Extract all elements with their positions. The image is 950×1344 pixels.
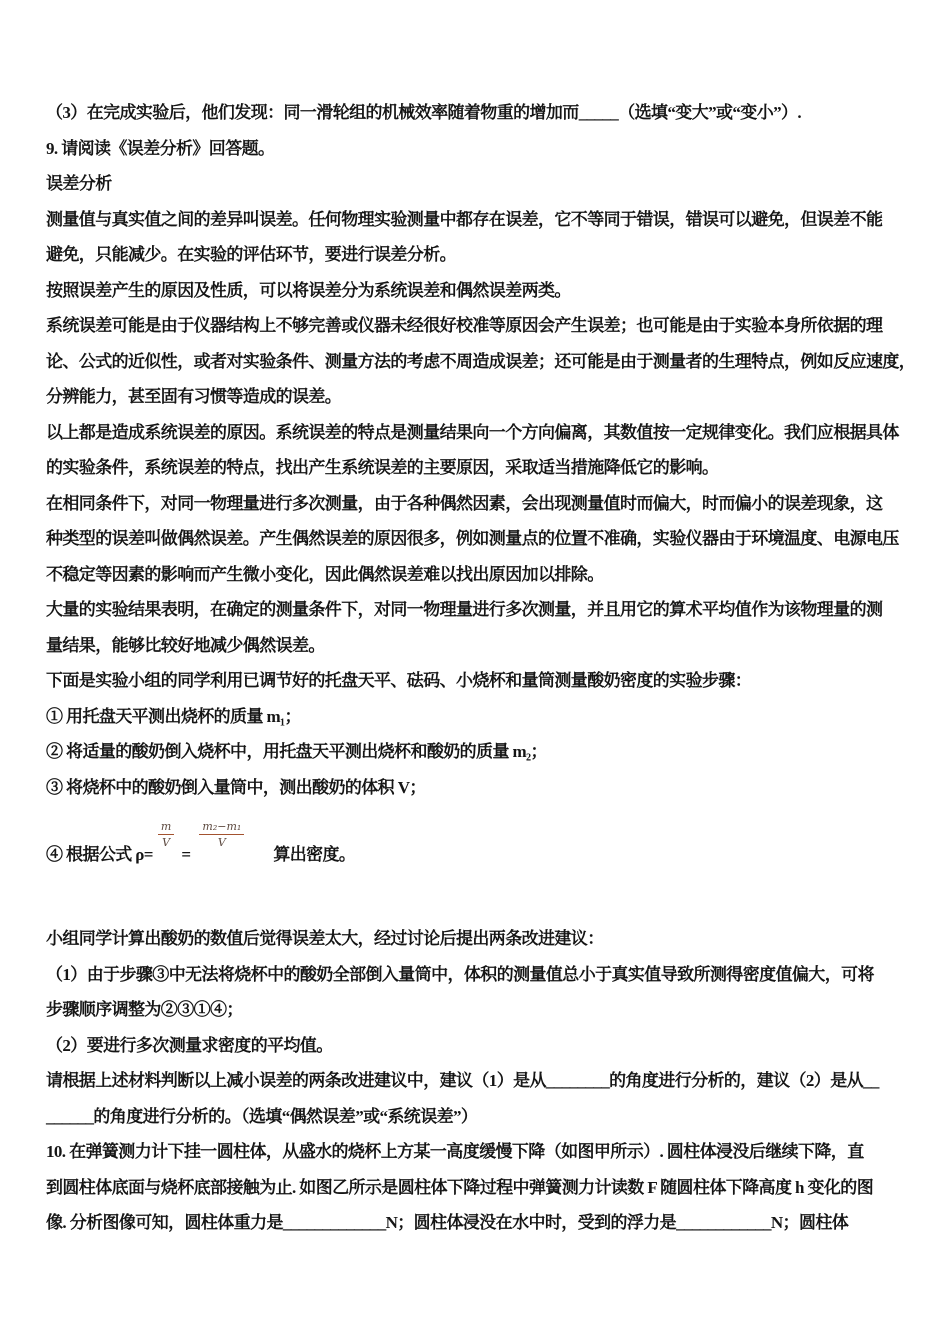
formula-suffix: 算出密度。 [273,845,355,864]
text-line: ① 用托盘天平测出烧杯的质量 m₁； [46,699,914,735]
text-line: （3）在完成实验后，他们发现：同一滑轮组的机械效率随着物重的增加而_____（选… [46,95,914,131]
text-line: （2）要进行多次测量求密度的平均值。 [46,1028,914,1064]
text-line: 不稳定等因素的影响而产生微小变化，因此偶然误差难以找出原因加以排除。 [46,557,914,593]
text-line: 误差分析 [46,166,914,202]
text-line: 种类型的误差叫做偶然误差。产生偶然误差的原因很多，例如测量点的位置不准确，实验仪… [46,521,914,557]
density-formula-line: ④ 根据公式 ρ=mV=m₂−m₁V算出密度。 [46,805,914,921]
text-line: 下面是实验小组的同学利用已调节好的托盘天平、砝码、小烧杯和量筒测量酸奶密度的实验… [46,663,914,699]
text-line: 测量值与真实值之间的差异叫误差。任何物理实验测量中都存在误差，它不等同于错误，错… [46,202,914,238]
text-line: ③ 将烧杯中的酸奶倒入量筒中，测出酸奶的体积 V； [46,770,914,806]
text-line: 量结果，能够比较好地减少偶然误差。 [46,628,914,664]
text-line: 10. 在弹簧测力计下挂一圆柱体，从盛水的烧杯上方某一高度缓慢下降（如图甲所示）… [46,1134,914,1170]
error-analysis-passage: （3）在完成实验后，他们发现：同一滑轮组的机械效率随着物重的增加而_____（选… [46,95,914,805]
text-line: ② 将适量的酸奶倒入烧杯中，用托盘天平测出烧杯和酸奶的质量 m₂； [46,734,914,770]
fraction-denominator: V [199,835,244,848]
fraction-numerator: m [158,821,174,835]
text-line: 以上都是造成系统误差的原因。系统误差的特点是测量结果向一个方向偏离，其数值按一定… [46,415,914,451]
fraction-m2-minus-m1-over-v: m₂−m₁V [199,821,244,848]
text-line: 分辨能力，甚至固有习惯等造成的误差。 [46,379,914,415]
fraction-numerator: m₂−m₁ [199,821,244,835]
text-line: 小组同学计算出酸奶的数值后觉得误差太大，经过讨论后提出两条改进建议： [46,921,914,957]
fraction-denominator: V [158,835,174,848]
questions-block: 小组同学计算出酸奶的数值后觉得误差太大，经过讨论后提出两条改进建议：（1）由于步… [46,921,914,1241]
text-line: 9. 请阅读《误差分析》回答题。 [46,131,914,167]
text-line: 像. 分析图像可知，圆柱体重力是_____________N；圆柱体浸没在水中时… [46,1205,914,1241]
text-line: 按照误差产生的原因及性质，可以将误差分为系统误差和偶然误差两类。 [46,273,914,309]
text-line: 大量的实验结果表明，在确定的测量条件下，对同一物理量进行多次测量，并且用它的算术… [46,592,914,628]
text-line: 请根据上述材料判断以上减小误差的两条改进建议中，建议（1）是从________的… [46,1063,914,1099]
fraction-m-over-v: mV [158,821,174,848]
exam-page: （3）在完成实验后，他们发现：同一滑轮组的机械效率随着物重的增加而_____（选… [0,0,950,1344]
text-line: ______的角度进行分析的。（选填“偶然误差”或“系统误差”） [46,1099,914,1135]
formula-prefix: ④ 根据公式 ρ= [46,845,153,864]
formula-equals-sign: = [181,845,190,864]
text-line: 论、公式的近似性，或者对实验条件、测量方法的考虑不周造成误差；还可能是由于测量者… [46,344,914,380]
text-line: 的实验条件，系统误差的特点，找出产生系统误差的主要原因，采取适当措施降低它的影响… [46,450,914,486]
text-line: （1）由于步骤③中无法将烧杯中的酸奶全部倒入量筒中，体积的测量值总小于真实值导致… [46,957,914,993]
text-line: 避免，只能减少。在实验的评估环节，要进行误差分析。 [46,237,914,273]
text-line: 步骤顺序调整为②③①④； [46,992,914,1028]
text-line: 到圆柱体底面与烧杯底部接触为止. 如图乙所示是圆柱体下降过程中弹簧测力计读数 F… [46,1170,914,1206]
text-line: 在相同条件下，对同一物理量进行多次测量，由于各种偶然因素，会出现测量值时而偏大，… [46,486,914,522]
text-line: 系统误差可能是由于仪器结构上不够完善或仪器未经很好校准等原因会产生误差；也可能是… [46,308,914,344]
